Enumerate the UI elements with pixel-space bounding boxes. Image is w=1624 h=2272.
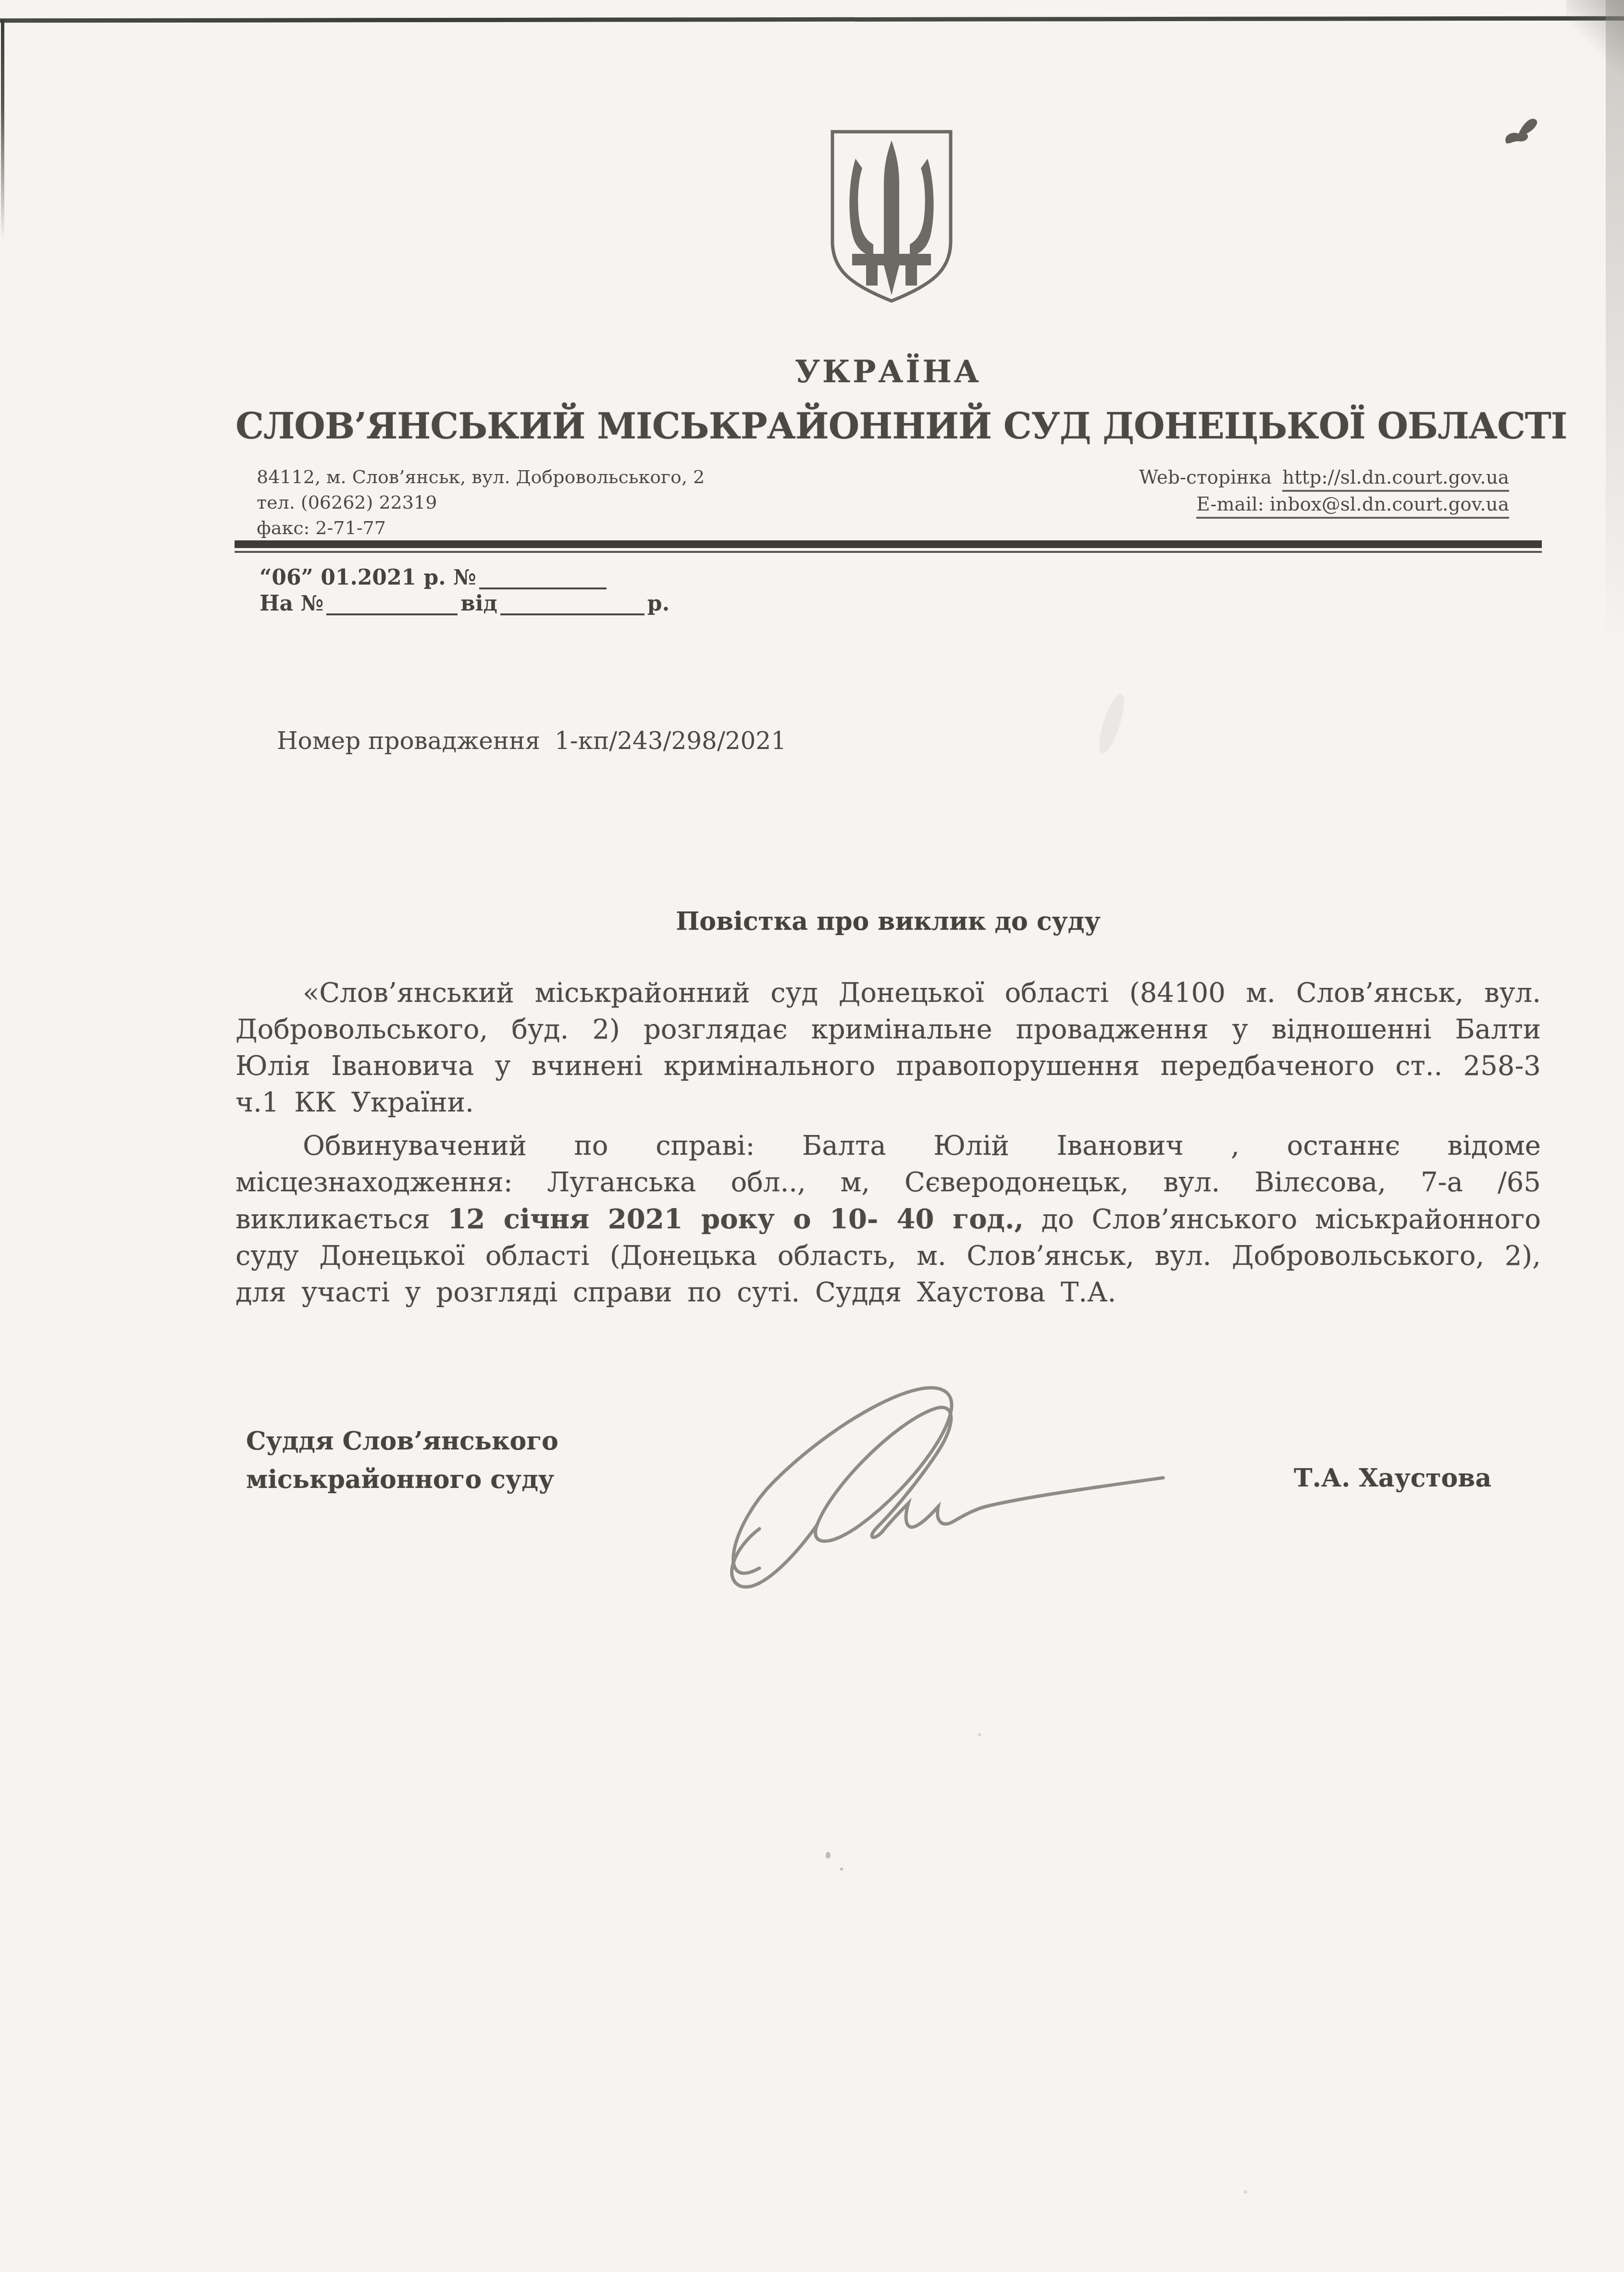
reply-reference-line: На №відр. bbox=[260, 591, 669, 616]
paper-smudge bbox=[1094, 691, 1129, 756]
email-label: E-mail: bbox=[1196, 494, 1264, 515]
paragraph-summons-details: Обвинувачений по справі: Балта Юлій Іван… bbox=[236, 1128, 1541, 1311]
judge-title-block: Суддя Слов’янського міськрайонного суду bbox=[246, 1422, 558, 1499]
address-line-1: 84112, м. Слов’янськ, вул. Добровольсько… bbox=[257, 464, 705, 490]
blank-underline bbox=[500, 594, 645, 615]
outgoing-number-line: “06” 01.2021 р. № bbox=[260, 565, 609, 590]
outgoing-date-prefix: “06” 01.2021 р. № bbox=[260, 565, 476, 590]
ink-squiggle-icon bbox=[1501, 113, 1548, 152]
scan-edge-left-line bbox=[1, 19, 4, 240]
blank-underline bbox=[326, 594, 458, 615]
country-name: УКРАЇНА bbox=[236, 354, 1541, 390]
web-label: Web-сторінка bbox=[1139, 467, 1272, 488]
judge-name: Т.А. Хаустова bbox=[1294, 1463, 1491, 1493]
scan-edge-right-shadow bbox=[1606, 0, 1624, 769]
scan-corner-shadow bbox=[1566, 0, 1624, 77]
paper-speck bbox=[826, 1852, 831, 1859]
document-body: «Слов’янський міськрайонний суд Донецько… bbox=[236, 975, 1541, 1311]
address-line-3: факс: 2-71-77 bbox=[257, 515, 705, 541]
email-value: inbox@sl.dn.court.gov.ua bbox=[1270, 494, 1509, 515]
blank-underline bbox=[479, 568, 607, 589]
court-name: СЛОВ’ЯНСЬКИЙ МІСЬКРАЙОННИЙ СУД ДОНЕЦЬКОЇ… bbox=[236, 406, 1541, 447]
paper-speck bbox=[840, 1868, 843, 1871]
paper-speck bbox=[978, 1733, 981, 1736]
judge-title-line-1: Суддя Слов’янського bbox=[246, 1422, 558, 1461]
letterhead-divider-thick bbox=[235, 540, 1542, 548]
reply-suffix: р. bbox=[647, 591, 669, 616]
judge-signature bbox=[687, 1366, 1182, 1592]
summons-date-time: 12 січня 2021 року о 10- 40 год., bbox=[447, 1203, 1024, 1235]
reply-prefix: На № bbox=[260, 591, 323, 616]
proceeding-label: Номер провадження bbox=[277, 727, 540, 755]
email-line: E-mail:inbox@sl.dn.court.gov.ua bbox=[1139, 491, 1509, 518]
ukraine-trident-emblem-icon bbox=[828, 128, 955, 305]
address-line-2: тел. (06262) 22319 bbox=[257, 490, 705, 515]
court-online-contact-block: Web-сторінкаhttp://sl.dn.court.gov.ua E-… bbox=[1139, 464, 1509, 518]
document-title: Повістка про виклик до суду bbox=[236, 907, 1541, 936]
court-address-block: 84112, м. Слов’янськ, вул. Добровольсько… bbox=[257, 464, 705, 541]
scanned-court-summons-page: УКРАЇНА СЛОВ’ЯНСЬКИЙ МІСЬКРАЙОННИЙ СУД Д… bbox=[0, 0, 1624, 2272]
judge-title-line-2: міськрайонного суду bbox=[246, 1461, 558, 1499]
web-line: Web-сторінкаhttp://sl.dn.court.gov.ua bbox=[1139, 464, 1509, 491]
paragraph-case-description: «Слов’янський міськрайонний суд Донецько… bbox=[236, 975, 1541, 1121]
reply-mid: від bbox=[460, 591, 497, 616]
scan-edge-top-line bbox=[0, 16, 1624, 23]
proceeding-number-line: Номер провадження1-кп/243/298/2021 bbox=[277, 727, 786, 755]
proceeding-number: 1-кп/243/298/2021 bbox=[555, 727, 786, 755]
letterhead-divider-thin bbox=[235, 551, 1542, 553]
web-url: http://sl.dn.court.gov.ua bbox=[1282, 467, 1509, 492]
paper-speck bbox=[1244, 2190, 1247, 2194]
email-address: E-mail:inbox@sl.dn.court.gov.ua bbox=[1196, 494, 1509, 519]
